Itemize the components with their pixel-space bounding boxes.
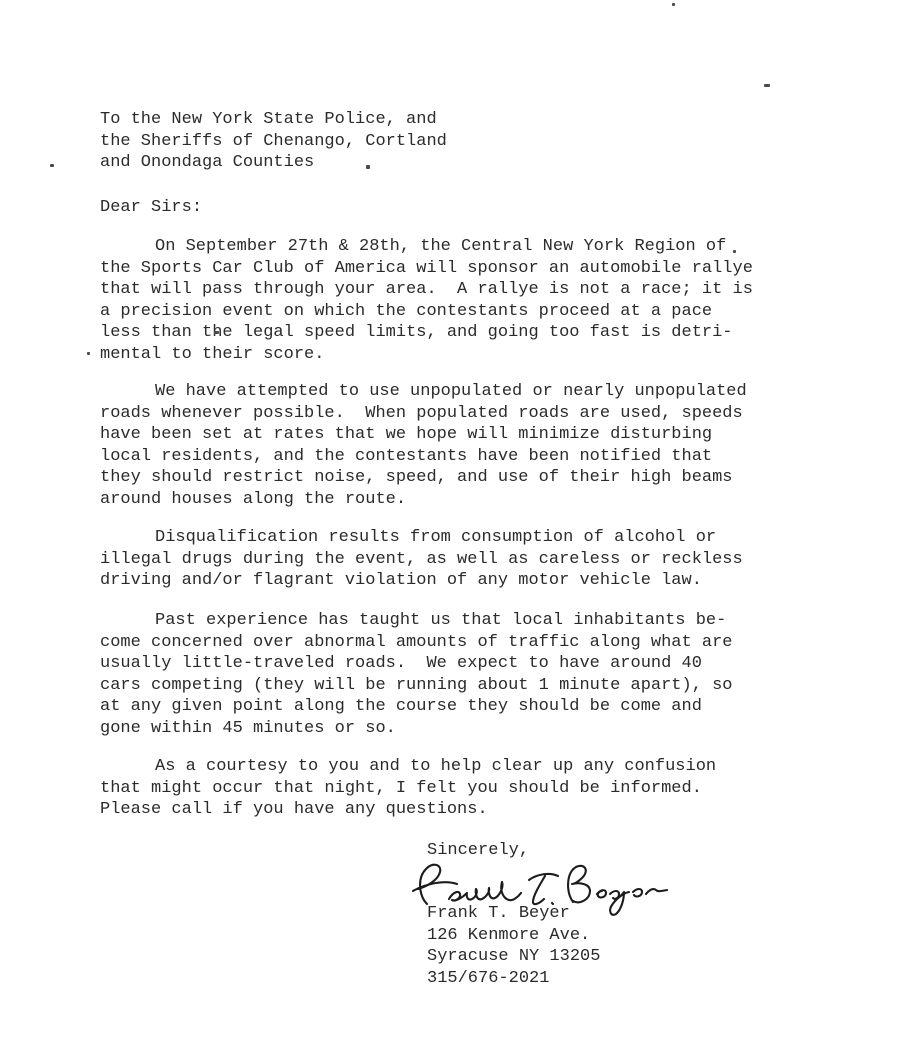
salutation: Dear Sirs: (100, 197, 202, 219)
scan-speck (733, 250, 736, 253)
paragraph-4: Past experience has taught us that local… (100, 610, 820, 739)
scan-speck (366, 165, 370, 169)
paragraph-2: We have attempted to use unpopulated or … (100, 381, 820, 510)
paragraph-5: As a courtesy to you and to help clear u… (100, 756, 820, 821)
scan-speck (672, 3, 675, 6)
scan-speck (764, 84, 770, 87)
recipient-address: To the New York State Police, and the Sh… (100, 109, 580, 174)
sender-name: Frank T. Beyer (427, 903, 570, 925)
sender-address-line1: 126 Kenmore Ave. (427, 925, 590, 947)
closing-block: Sincerely, Frank T. Beyer 126 Kenmore Av… (427, 840, 727, 1050)
letter-page: To the New York State Police, and the Sh… (0, 0, 900, 1057)
scan-speck (87, 352, 90, 355)
scan-speck (50, 164, 54, 167)
paragraph-1: On September 27th & 28th, the Central Ne… (100, 236, 820, 365)
paragraph-3: Disqualification results from consumptio… (100, 527, 820, 592)
sender-address-line2: Syracuse NY 13205 (427, 946, 600, 968)
scan-speck (214, 331, 219, 334)
sender-phone: 315/676-2021 (427, 968, 549, 990)
